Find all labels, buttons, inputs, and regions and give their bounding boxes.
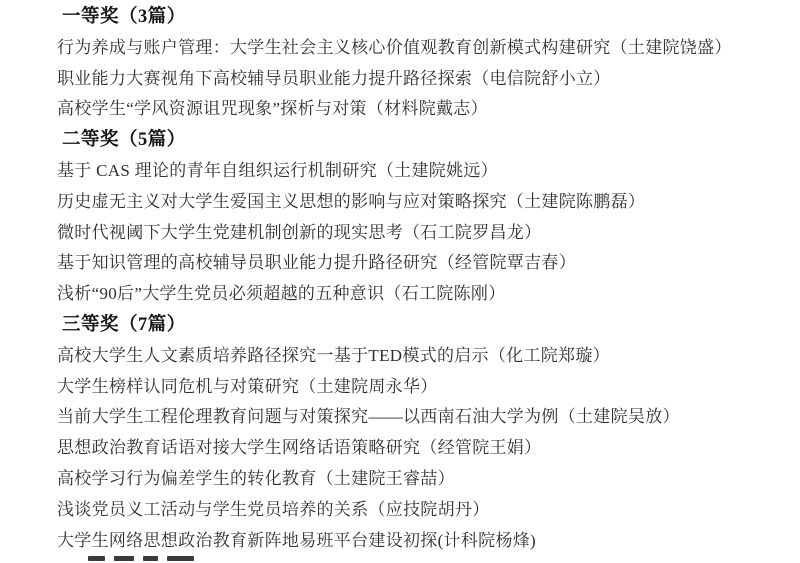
section-heading-second-prize: 二等奖（5篇） [57, 125, 790, 156]
award-list-item: 大学生网络思想政治教育新阵地易班平台建设初探(计科院杨烽) [57, 526, 790, 557]
award-list-item: 高校学生“学风资源诅咒现象”探析与对策（材料院戴志） [57, 94, 790, 125]
award-list-item: 思想政治教育话语对接大学生网络话语策略研究（经管院王娟） [57, 433, 790, 464]
award-list-item: 微时代视阈下大学生党建机制创新的现实思考（石工院罗昌龙） [57, 218, 790, 249]
clipped-glyph-top [88, 556, 105, 561]
award-list-item: 高校学习行为偏差学生的转化教育（土建院王睿喆） [57, 464, 790, 495]
award-list-item: 浅谈党员义工活动与学生党员培养的关系（应技院胡丹） [57, 495, 790, 526]
award-list-item: 高校大学生人文素质培养路径探究一基于TED模式的启示（化工院郑璇） [57, 341, 790, 372]
clipped-next-section-heading [88, 556, 194, 563]
award-list-item: 职业能力大赛视角下高校辅导员职业能力提升路径探索（电信院舒小立） [57, 64, 790, 95]
award-list-item: 历史虚无主义对大学生爱国主义思想的影响与应对策略探究（土建院陈鹏磊） [57, 187, 790, 218]
award-list-item: 大学生榜样认同危机与对策研究（土建院周永华） [57, 372, 790, 403]
award-list-item: 行为养成与账户管理：大学生社会主义核心价值观教育创新模式构建研究（土建院饶盛） [57, 33, 790, 64]
clipped-glyph-top [143, 556, 158, 561]
award-list-item: 基于知识管理的高校辅导员职业能力提升路径研究（经管院覃吉春） [57, 248, 790, 279]
award-list-item: 基于 CAS 理论的青年自组织运行机制研究（土建院姚远） [57, 156, 790, 187]
award-list-item: 当前大学生工程伦理教育问题与对策探究——以西南石油大学为例（土建院吴放） [57, 402, 790, 433]
section-heading-third-prize: 三等奖（7篇） [57, 310, 790, 341]
section-heading-first-prize: 一等奖（3篇） [57, 2, 790, 33]
clipped-glyph-top [114, 556, 134, 561]
document-page: 一等奖（3篇） 行为养成与账户管理：大学生社会主义核心价值观教育创新模式构建研究… [0, 0, 800, 563]
clipped-glyph-top [167, 556, 194, 561]
award-list: 一等奖（3篇） 行为养成与账户管理：大学生社会主义核心价值观教育创新模式构建研究… [57, 2, 790, 556]
award-list-item: 浅析“90后”大学生党员必须超越的五种意识（石工院陈刚） [57, 279, 790, 310]
